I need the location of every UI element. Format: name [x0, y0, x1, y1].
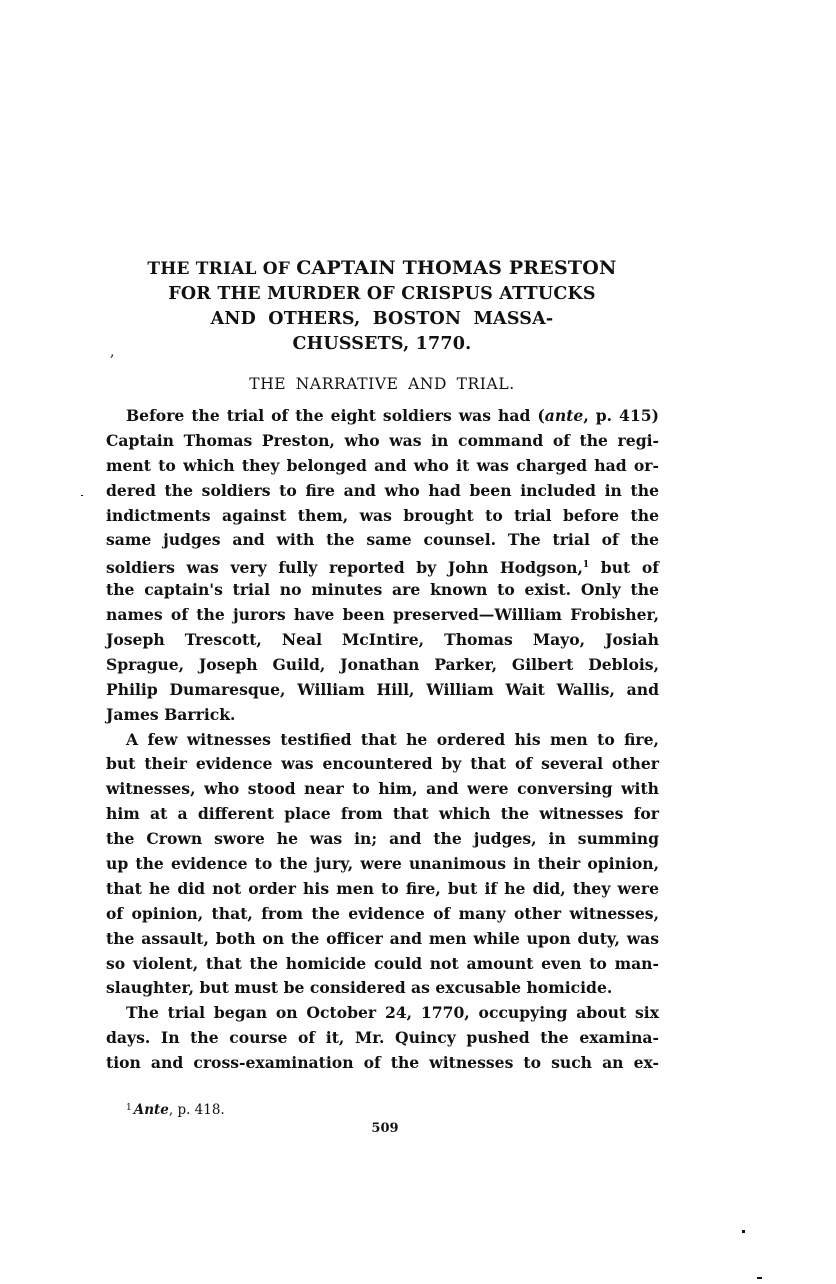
paragraph-1-line: Sprague, Joseph Guild, Jonathan Parker, … — [106, 653, 659, 678]
paragraph-2-line: the assault, both on the officer and men… — [106, 927, 659, 952]
paragraph-1-line: Before the trial of the eight soldiers w… — [106, 404, 659, 429]
title-line-4: CHUSSETS, 1770. — [106, 332, 658, 357]
paragraph-3-line: tion and cross-examination of the witnes… — [106, 1051, 659, 1076]
footnote-text: , p. 418. — [169, 1102, 225, 1118]
paragraph-2-line: up the evidence to the jury, were unanim… — [106, 852, 659, 877]
paragraph-1-line: Captain Thomas Preston, who was in comma… — [106, 429, 659, 454]
paragraph-1-line: James Barrick. — [106, 703, 659, 728]
paragraph-2-line: witnesses, who stood near to him, and we… — [106, 777, 659, 802]
footnote-marker: 1 — [126, 1103, 132, 1113]
document-page: , THE TRIAL OF CAPTAIN THOMAS PRESTON FO… — [0, 0, 836, 1284]
scan-artifact-dash — [757, 1277, 762, 1279]
scan-artifact-dot — [742, 1230, 745, 1233]
text-run: , p. 415) — [583, 406, 659, 425]
text-run: soldiers was very fully reported by John… — [106, 558, 583, 577]
document-title: THE TRIAL OF CAPTAIN THOMAS PRESTON FOR … — [106, 256, 658, 357]
title-line-1-prefix: THE TRIAL OF — [147, 259, 296, 279]
paragraph-2-line: A few witnesses testified that he ordere… — [106, 728, 659, 753]
title-line-2: FOR THE MURDER OF CRISPUS ATTUCKS — [106, 282, 658, 307]
paragraph-1-line: dered the soldiers to fire and who had b… — [106, 479, 659, 504]
paragraph-2-line: of opinion, that, from the evidence of m… — [106, 902, 659, 927]
paragraph-1-line: the captain's trial no minutes are known… — [106, 578, 659, 603]
footnote-italic-ref: Ante — [134, 1102, 169, 1118]
paragraph-1-line: names of the jurors have been preserved—… — [106, 603, 659, 628]
paragraph-2-line: so violent, that the homicide could not … — [106, 952, 659, 977]
paragraph-2-line: the Crown swore he was in; and the judge… — [106, 827, 659, 852]
text-run: Before the trial of the eight soldiers w… — [126, 406, 545, 425]
title-line-1-main: CAPTAIN THOMAS PRESTON — [296, 257, 616, 279]
scan-artifact-dot — [81, 495, 83, 496]
paragraph-2-line: but their evidence was encountered by th… — [106, 752, 659, 777]
paragraph-2-line: slaughter, but must be considered as exc… — [106, 976, 659, 1001]
italic-ante: ante — [545, 406, 584, 425]
section-heading: THE NARRATIVE AND TRIAL. — [106, 375, 658, 393]
title-line-1: THE TRIAL OF CAPTAIN THOMAS PRESTON — [106, 256, 658, 282]
paragraph-3-line: The trial began on October 24, 1770, occ… — [106, 1001, 659, 1026]
paragraph-1-line: same judges and with the same counsel. T… — [106, 528, 659, 553]
text-run: but of — [589, 558, 659, 577]
page-number: 509 — [370, 1121, 400, 1136]
paragraph-3-line: days. In the course of it, Mr. Quincy pu… — [106, 1026, 659, 1051]
paragraph-1-line: soldiers was very fully reported by John… — [106, 553, 659, 578]
footnote: 1Ante, p. 418. — [126, 1102, 225, 1118]
paragraph-2-line: that he did not order his men to fire, b… — [106, 877, 659, 902]
body-text: Before the trial of the eight soldiers w… — [106, 404, 659, 1076]
paragraph-1-line: ment to which they belonged and who it w… — [106, 454, 659, 479]
title-line-3: AND OTHERS, BOSTON MASSA- — [106, 307, 658, 332]
paragraph-2-line: him at a different place from that which… — [106, 802, 659, 827]
paragraph-1-line: indictments against them, was brought to… — [106, 504, 659, 529]
paragraph-1-line: Philip Dumaresque, William Hill, William… — [106, 678, 659, 703]
paragraph-1-line: Joseph Trescott, Neal McIntire, Thomas M… — [106, 628, 659, 653]
